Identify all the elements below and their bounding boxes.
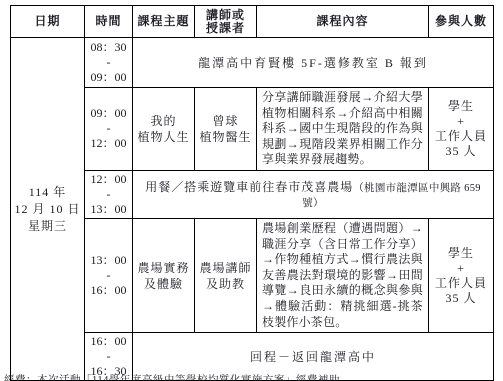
content-cell: 農場創業歷程（遭遇問題）→職涯分享（含日常工作分享）→作物種植方式→慣行農法與友… xyxy=(257,218,429,332)
header-row: 日期 時間 課程主題 講師或 授課者 課程內容 參與人數 xyxy=(11,6,494,38)
topic-cell: 農場實務 及體驗 xyxy=(133,218,195,332)
topic-cell: 我的 植物人生 xyxy=(133,88,195,171)
time-cell: 09：00 - 12：00 xyxy=(85,88,133,171)
footnote: 經費：本次活動「114學年度高級中等學校均質化實施方案」經費補助。 xyxy=(4,372,503,381)
time-cell: 08：30 - 09：00 xyxy=(85,38,133,88)
header-lecturer: 講師或 授課者 xyxy=(195,6,257,38)
merged-activity-cell: 用餐／搭乘遊覽車前往春市茂喜農場（桃園市龍潭區中興路 659 號） xyxy=(133,170,494,218)
merged-activity-cell: 龍潭高中育賢樓 5F-選修教室 B 報到 xyxy=(133,38,494,88)
lunch-transfer-text: 用餐／搭乘遊覽車前往春市茂喜農場 xyxy=(145,180,353,194)
header-topic: 課程主題 xyxy=(133,6,195,38)
header-participants: 參與人數 xyxy=(429,6,494,38)
header-content: 課程內容 xyxy=(257,6,429,38)
date-cell: 114 年 12 月 10 日 星期三 xyxy=(11,38,85,381)
lecturer-cell: 曾球 植物醫生 xyxy=(195,88,257,171)
row-arrival: 114 年 12 月 10 日 星期三 08：30 - 09：00 龍潭高中育賢… xyxy=(11,38,494,88)
lecturer-cell: 農場講師 及助教 xyxy=(195,218,257,332)
participants-cell: 學生 + 工作人員 35 人 xyxy=(429,218,494,332)
schedule-table: 日期 時間 課程主題 講師或 授課者 課程內容 參與人數 114 年 12 月 … xyxy=(10,5,494,381)
header-date: 日期 xyxy=(11,6,85,38)
content-cell: 分享講師職涯發展→介紹大學植物相關科系→介紹高中相關科系→國中生現階段的作為與規… xyxy=(257,88,429,171)
header-time: 時間 xyxy=(85,6,133,38)
time-cell: 12：00 - 13：00 xyxy=(85,170,133,218)
participants-cell: 學生 + 工作人員 35 人 xyxy=(429,88,494,171)
time-cell: 13：00 - 16：00 xyxy=(85,218,133,332)
